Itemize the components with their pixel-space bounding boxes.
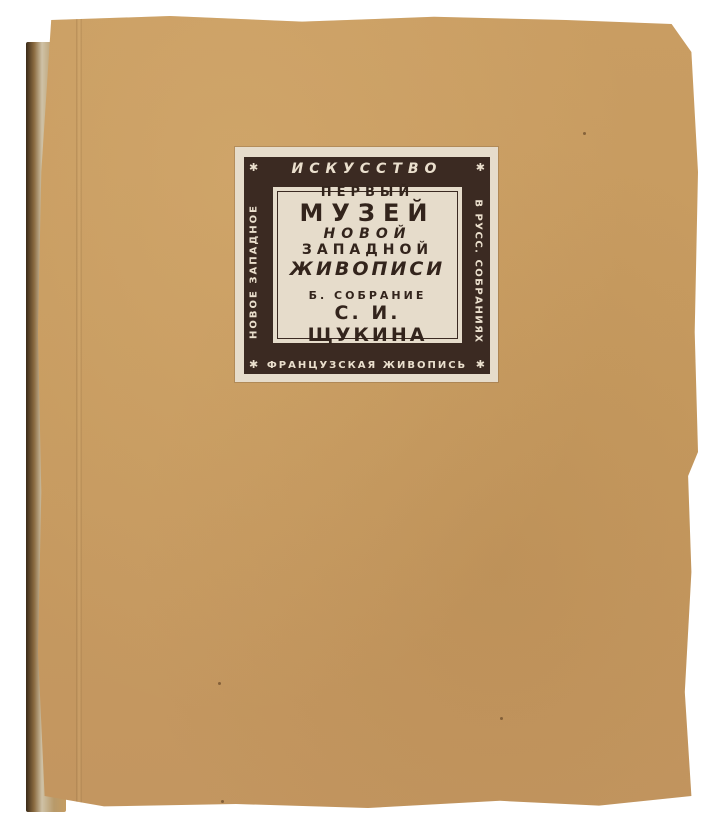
subtitle-line-2: С. И. ЩУКИНА [278, 302, 457, 346]
border-text-left: НОВОЕ ЗАПАДНОЕ [249, 177, 260, 367]
border-text-top: ИСКУССТВО [245, 161, 489, 177]
stain-speck [500, 717, 503, 720]
stain-speck [221, 800, 224, 803]
title-block: ПЕРВЫЙ МУЗЕЙ НОВОЙ ЗАПАДНОЙ ЖИВОПИСИ Б. … [277, 191, 458, 339]
label-inner-panel: ПЕРВЫЙ МУЗЕЙ НОВОЙ ЗАПАДНОЙ ЖИВОПИСИ Б. … [271, 185, 464, 345]
border-text-bottom: ФРАНЦУЗСКАЯ ЖИВОПИСЬ [245, 360, 489, 371]
stain-speck [218, 682, 221, 685]
subtitle-line-1: Б. СОБРАНИЕ [309, 289, 427, 302]
stain-speck [583, 132, 586, 135]
spine-fold [76, 12, 82, 812]
book [14, 12, 690, 812]
border-text-right: В РУСС. СОБРАНИЯХ [473, 177, 484, 367]
title-label: ✱ ✱ ✱ ✱ ИСКУССТВО НОВОЕ ЗАПАДНОЕ В РУСС.… [235, 147, 498, 382]
book-cover [38, 12, 698, 812]
title-line-5: ЖИВОПИСИ [290, 258, 445, 280]
title-line-3: НОВОЙ [324, 226, 412, 242]
title-line-4: ЗАПАДНОЙ [302, 242, 433, 258]
title-line-2: МУЗЕЙ [300, 201, 436, 226]
label-frame: ✱ ✱ ✱ ✱ ИСКУССТВО НОВОЕ ЗАПАДНОЕ В РУСС.… [244, 157, 490, 374]
